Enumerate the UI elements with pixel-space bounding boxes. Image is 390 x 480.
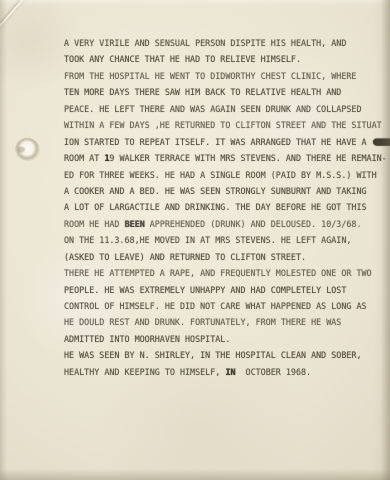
- text-line: TOOK ANY CHANCE THAT HE HAD TO RELIEVE H…: [64, 51, 390, 67]
- typewritten-text: CONTROL OF HIMSELF. HE DID NOT CARE WHAT…: [64, 301, 367, 311]
- punch-hole: [13, 136, 42, 164]
- typewritten-text: ROOM AT: [64, 153, 104, 163]
- text-line: A LOT OF LARGACTILE AND DRINKING. THE DA…: [64, 199, 390, 215]
- text-line: ROOM AT 19 WALKER TERRACE WITH MRS STEVE…: [64, 150, 390, 166]
- overstruck-text: IN: [225, 367, 235, 377]
- typewritten-text: ROOM HE HAD: [64, 219, 125, 229]
- typewritten-text: ED FOR THREE WEEKS. HE HAD A SINGLE ROOM…: [64, 170, 377, 180]
- typewritten-text: ADMITTED INTO MOORHAVEN HOSPITAL.: [64, 334, 230, 344]
- text-line: A COOKER AND A BED. HE WAS SEEN STRONGLY…: [64, 183, 390, 199]
- text-line: FROM THE HOSPITAL HE WENT TO DIDWORTHY C…: [64, 68, 390, 84]
- document-lines: A VERY VIRILE AND SENSUAL PERSON DISPITE…: [64, 35, 390, 380]
- typewritten-text: 9 WALKER TERRACE WITH MRS STEVENS. AND T…: [109, 153, 386, 163]
- typewritten-text: THERE HE ATTEMPTED A RAPE, AND FREQUENTL…: [64, 268, 372, 278]
- typewritten-text: WITHIN A FEW DAYS ,HE RETURNED TO CLIFTO…: [64, 120, 382, 130]
- text-line: ROOM HE HAD BEEN APPREHENDED (DRUNK) AND…: [64, 216, 390, 232]
- typewritten-text: A VERY VIRILE AND SENSUAL PERSON DISPITE…: [64, 38, 346, 48]
- text-line: HE WAS SEEN BY N. SHIRLEY, IN THE HOSPIT…: [64, 347, 390, 363]
- text-line: (ASKED TO LEAVE) AND RETURNED TO CLIFTON…: [64, 249, 390, 265]
- text-line: ADMITTED INTO MOORHAVEN HOSPITAL.: [64, 331, 390, 347]
- text-line: WITHIN A FEW DAYS ,HE RETURNED TO CLIFTO…: [64, 117, 390, 133]
- text-line: PEACE. HE LEFT THERE AND WAS AGAIN SEEN …: [64, 101, 390, 117]
- text-line: ION STARTED TO REPEAT ITSELF. IT WAS ARR…: [64, 134, 390, 150]
- typewritten-text: PEACE. HE LEFT THERE AND WAS AGAIN SEEN …: [64, 104, 362, 114]
- typewritten-text: HE DOULD REST AND DRUNK. FORTUNATELY, FR…: [64, 317, 341, 327]
- typewritten-text: TEN MORE DAYS THERE SAW HIM BACK TO RELA…: [64, 87, 341, 97]
- typewritten-text: PEOPLE. HE WAS EXTREMELY UNHAPPY AND HAD…: [64, 285, 346, 295]
- text-line: A VERY VIRILE AND SENSUAL PERSON DISPITE…: [64, 35, 390, 51]
- redaction-mark: [372, 138, 390, 145]
- typewritten-text: APPREHENDED (DRUNK) AND DELOUSED. 10/3/6…: [145, 219, 362, 229]
- text-line: CONTROL OF HIMSELF. HE DID NOT CARE WHAT…: [64, 298, 390, 314]
- text-line: HEALTHY AND KEEPING TO HIMSELF, IN OCTOB…: [64, 364, 390, 380]
- document-page: A VERY VIRILE AND SENSUAL PERSON DISPITE…: [0, 0, 390, 480]
- typewritten-text: OCTOBER 1968.: [235, 367, 311, 377]
- text-line: ED FOR THREE WEEKS. HE HAD A SINGLE ROOM…: [64, 167, 390, 183]
- typewritten-text: (ASKED TO LEAVE) AND RETURNED TO CLIFTON…: [64, 252, 306, 262]
- typewritten-text: A LOT OF LARGACTILE AND DRINKING. THE DA…: [64, 202, 367, 212]
- text-line: THERE HE ATTEMPTED A RAPE, AND FREQUENTL…: [64, 265, 390, 281]
- typewritten-text: A COOKER AND A BED. HE WAS SEEN STRONGLY…: [64, 186, 367, 196]
- typewritten-text: FROM THE HOSPITAL HE WENT TO DIDWORTHY C…: [64, 71, 356, 81]
- typewritten-text: ION STARTED TO REPEAT ITSELF. IT WAS ARR…: [64, 137, 372, 147]
- typewritten-text: ON THE 11.3.68,HE MOVED IN AT MRS STEVEN…: [64, 235, 351, 245]
- typewritten-text: HEALTHY AND KEEPING TO HIMSELF,: [64, 367, 225, 377]
- overstruck-text: BEEN: [125, 219, 145, 229]
- text-line: PEOPLE. HE WAS EXTREMELY UNHAPPY AND HAD…: [64, 282, 390, 298]
- text-line: TEN MORE DAYS THERE SAW HIM BACK TO RELA…: [64, 84, 390, 100]
- text-line: HE DOULD REST AND DRUNK. FORTUNATELY, FR…: [64, 314, 390, 330]
- text-line: ON THE 11.3.68,HE MOVED IN AT MRS STEVEN…: [64, 232, 390, 248]
- typewritten-text: HE WAS SEEN BY N. SHIRLEY, IN THE HOSPIT…: [64, 350, 362, 360]
- typewritten-text: TOOK ANY CHANCE THAT HE HAD TO RELIEVE H…: [64, 54, 301, 64]
